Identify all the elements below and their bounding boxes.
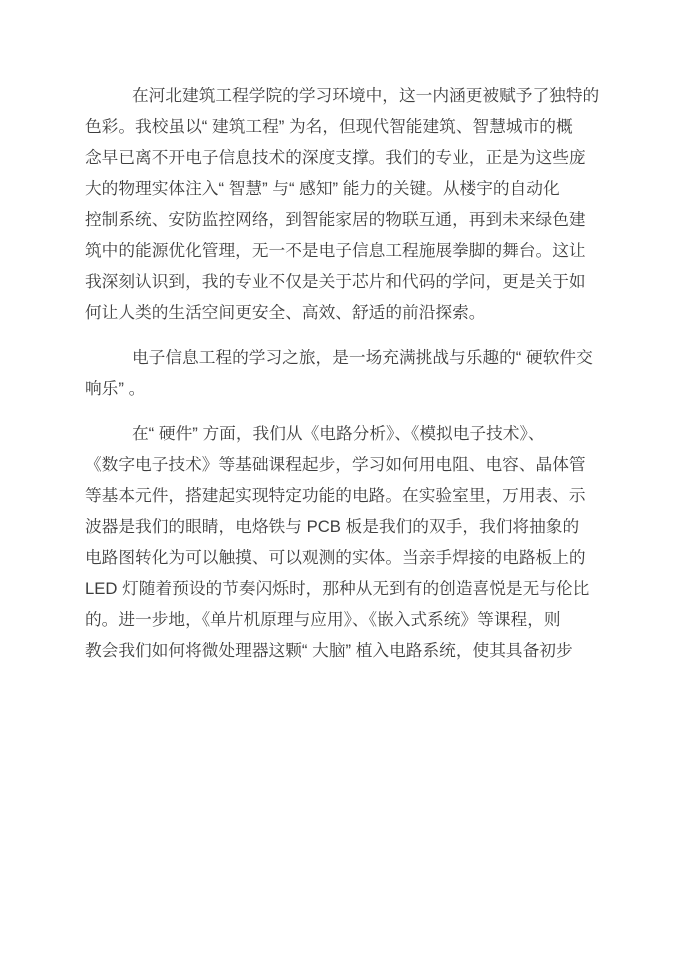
document-page: 在河北建筑工程学院的学习环境中，这一内涵更被赋予了独特的 色彩。我校虽以“ 建筑… bbox=[0, 0, 692, 980]
paragraph-hardware-courses: 在“ 硬件” 方面，我们从《电路分析》、《模拟电子技术》、 《数字电子技术》等基… bbox=[85, 418, 633, 666]
paragraph-learning-journey: 电子信息工程的学习之旅，是一场充满挑战与乐趣的“ 硬软件交 响乐” 。 bbox=[85, 342, 633, 404]
paragraph-campus-context: 在河北建筑工程学院的学习环境中，这一内涵更被赋予了独特的 色彩。我校虽以“ 建筑… bbox=[85, 80, 633, 328]
document-body-text: 在河北建筑工程学院的学习环境中，这一内涵更被赋予了独特的 色彩。我校虽以“ 建筑… bbox=[85, 80, 633, 680]
